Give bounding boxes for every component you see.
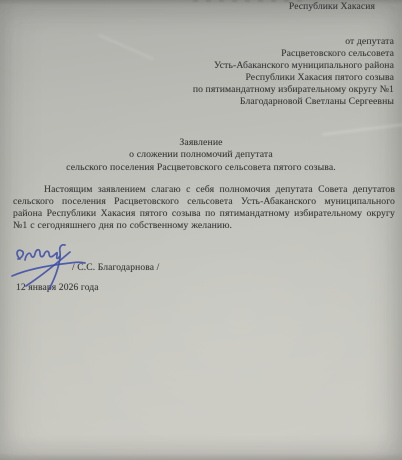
paper-crease [98, 34, 154, 60]
addressee-line: Благодарновой Светланы Сергеевны [193, 96, 394, 108]
addressee-line: Усть-Абаканского муниципального района [193, 60, 394, 72]
document-title-block: Заявление о сложении полномочий депутата… [0, 137, 402, 174]
document-subtitle: о сложении полномочий депутата [0, 149, 402, 161]
body-paragraph: Настоящим заявлением слагаю с себя полно… [13, 184, 395, 233]
document-subtitle: сельского поселения Расцветовского сельс… [0, 162, 402, 174]
addressee-block: от депутата Расцветовского сельсовета Ус… [193, 36, 394, 109]
document-title: Заявление [0, 137, 402, 149]
signature-transcript: / С.С. Благодарнова / [72, 262, 159, 273]
addressee-line: от депутата [193, 36, 394, 48]
addressee-line: Расцветовского сельсовета [193, 48, 394, 60]
date-line: 12 января 2026 года [16, 282, 99, 293]
addressee-line: по пятимандатному избирательному округу … [193, 84, 394, 96]
paper-crease [322, 123, 402, 136]
scanned-document-page: Республики Хакасия от депутата Расцветов… [0, 0, 402, 460]
letterhead-tail-line: Республики Хакасия [289, 1, 375, 12]
addressee-line: Республики Хакасия пятого созыва [193, 72, 394, 84]
